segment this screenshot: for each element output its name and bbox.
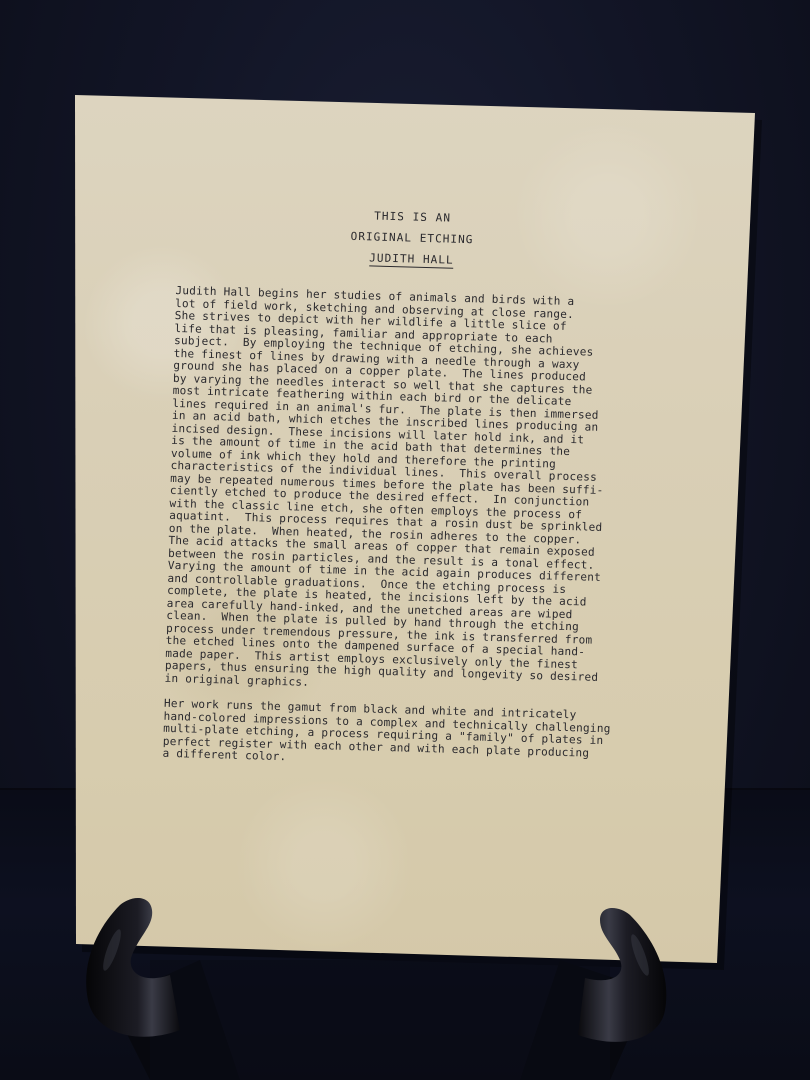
easel-stand — [0, 0, 810, 1080]
photo-scene: THIS IS AN ORIGINAL ETCHING JUDITH HALL … — [0, 0, 810, 1080]
